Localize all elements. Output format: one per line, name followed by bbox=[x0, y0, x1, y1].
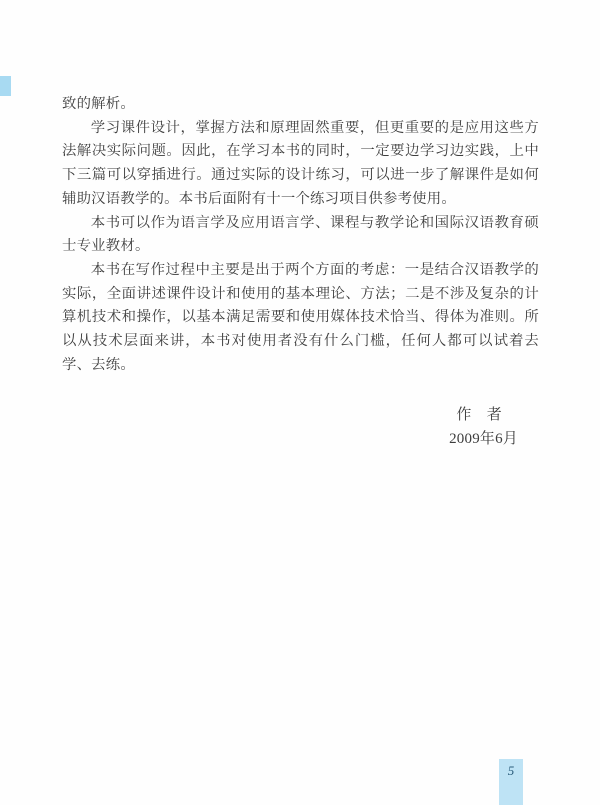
paragraph-2: 本书可以作为语言学及应用语言学、课程与教学论和国际汉语教育硕士专业教材。 bbox=[62, 212, 539, 259]
page-number-bar: 5 bbox=[499, 759, 523, 805]
paragraph-1: 学习课件设计，掌握方法和原理固然重要，但更重要的是应用这些方法解决实际问题。因此… bbox=[62, 117, 539, 212]
paragraph-3: 本书在写作过程中主要是出于两个方面的考虑：一是结合汉语教学的实际，全面讲述课件设… bbox=[62, 259, 539, 378]
book-page: 致的解析。 学习课件设计，掌握方法和原理固然重要，但更重要的是应用这些方法解决实… bbox=[0, 0, 600, 805]
author-signature: 作 者 bbox=[62, 404, 539, 428]
page-number: 5 bbox=[508, 763, 515, 778]
signature-block: 作 者 2009年6月 bbox=[62, 404, 539, 451]
paragraph-continuation: 致的解析。 bbox=[62, 93, 539, 117]
margin-accent-square bbox=[0, 76, 11, 96]
preface-text-block: 致的解析。 学习课件设计，掌握方法和原理固然重要，但更重要的是应用这些方法解决实… bbox=[62, 93, 539, 452]
publication-date: 2009年6月 bbox=[62, 428, 539, 452]
